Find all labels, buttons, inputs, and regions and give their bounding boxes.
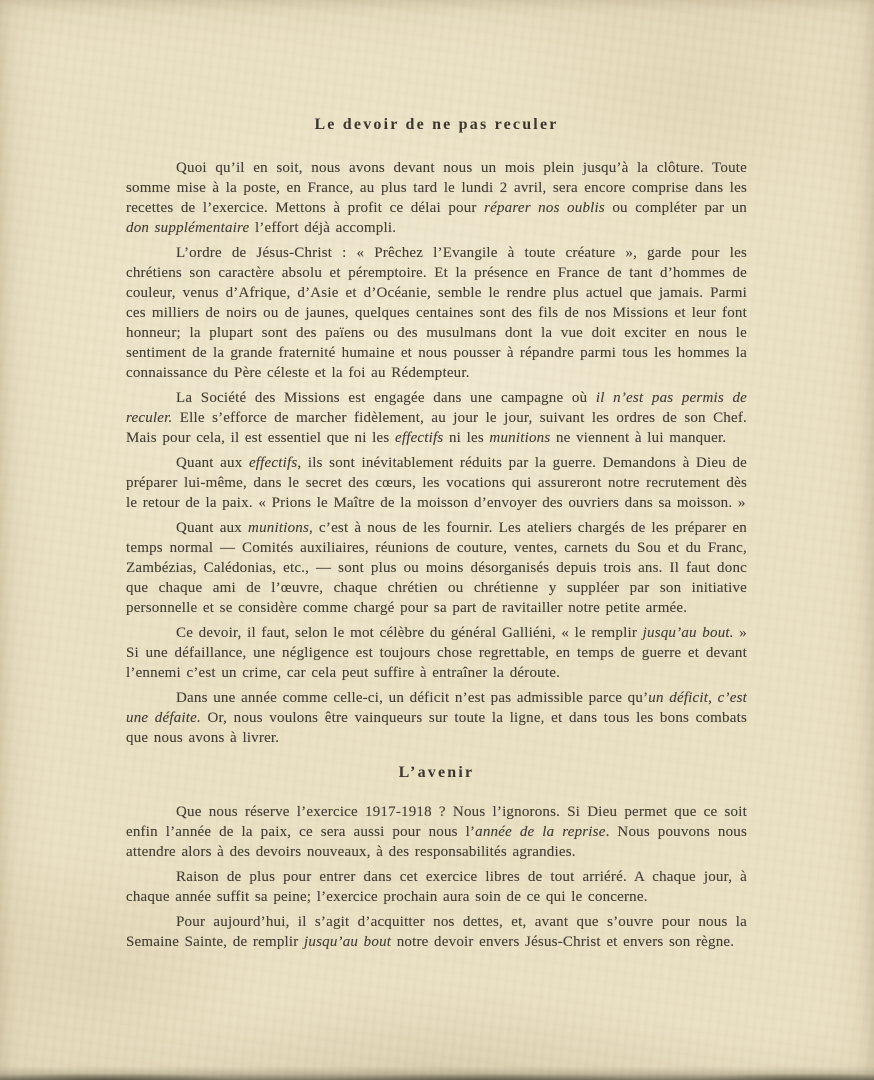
paragraph: Que nous réserve l’exercice 1917-1918 ? …	[126, 802, 747, 862]
text-run: ni les	[443, 430, 489, 446]
text-run: ne viennent à lui manquer.	[550, 430, 726, 446]
section-1-body: Quoi qu’il en soit, nous avons devant no…	[126, 158, 747, 748]
paragraph: Quoi qu’il en soit, nous avons devant no…	[126, 158, 747, 238]
paragraph: Dans une année comme celle-ci, un défici…	[126, 688, 747, 748]
text-run: Dans une année comme celle-ci, un défici…	[176, 690, 648, 706]
italic-run: don supplémentaire	[126, 220, 249, 236]
italic-run: année de la reprise	[475, 824, 605, 840]
paragraph: Quant aux munitions, c’est à nous de les…	[126, 518, 747, 618]
paragraph: Pour aujourd’hui, il s’agit d’acquitter …	[126, 912, 747, 952]
italic-run: jusqu’au bout.	[643, 625, 734, 641]
paragraph: Ce devoir, il faut, selon le mot célèbre…	[126, 623, 747, 683]
italic-run: effectifs	[249, 455, 297, 471]
text-run: Raison de plus pour entrer dans cet exer…	[126, 869, 747, 905]
text-run: Quant aux	[176, 455, 249, 471]
paragraph: Quant aux effectifs, ils sont inévitable…	[126, 453, 747, 513]
text-run: Or, nous voulons être vainqueurs sur tou…	[126, 710, 747, 746]
italic-run: jusqu’au bout	[304, 934, 391, 950]
paragraph: L’ordre de Jésus-Christ : « Prêchez l’Ev…	[126, 243, 747, 383]
text-run: Ce devoir, il faut, selon le mot célèbre…	[176, 625, 643, 641]
paragraph: La Société des Missions est engagée dans…	[126, 388, 747, 448]
text-run: La Société des Missions est engagée dans…	[176, 390, 596, 406]
paragraph: Raison de plus pour entrer dans cet exer…	[126, 867, 747, 907]
section-2-body: Que nous réserve l’exercice 1917-1918 ? …	[126, 802, 747, 952]
italic-run: munitions	[489, 430, 550, 446]
italic-run: effectifs	[395, 430, 443, 446]
text-run: notre devoir envers Jésus-Christ et enve…	[391, 934, 734, 950]
scan-edge-shadow	[0, 1066, 874, 1080]
scanned-document-page: Le devoir de ne pas reculer Quoi qu’il e…	[0, 0, 874, 1080]
text-run: ou compléter par un	[605, 200, 747, 216]
text-run: L’ordre de Jésus-Christ : « Prêchez l’Ev…	[126, 245, 747, 381]
italic-run: réparer nos oublis	[484, 200, 605, 216]
text-block: Le devoir de ne pas reculer Quoi qu’il e…	[126, 116, 747, 957]
section-heading-avenir: L’avenir	[126, 764, 747, 782]
italic-run: munitions	[248, 520, 309, 536]
text-run: l’effort déjà accompli.	[249, 220, 396, 236]
section-heading-devoir: Le devoir de ne pas reculer	[126, 116, 747, 134]
text-run: Quant aux	[176, 520, 248, 536]
